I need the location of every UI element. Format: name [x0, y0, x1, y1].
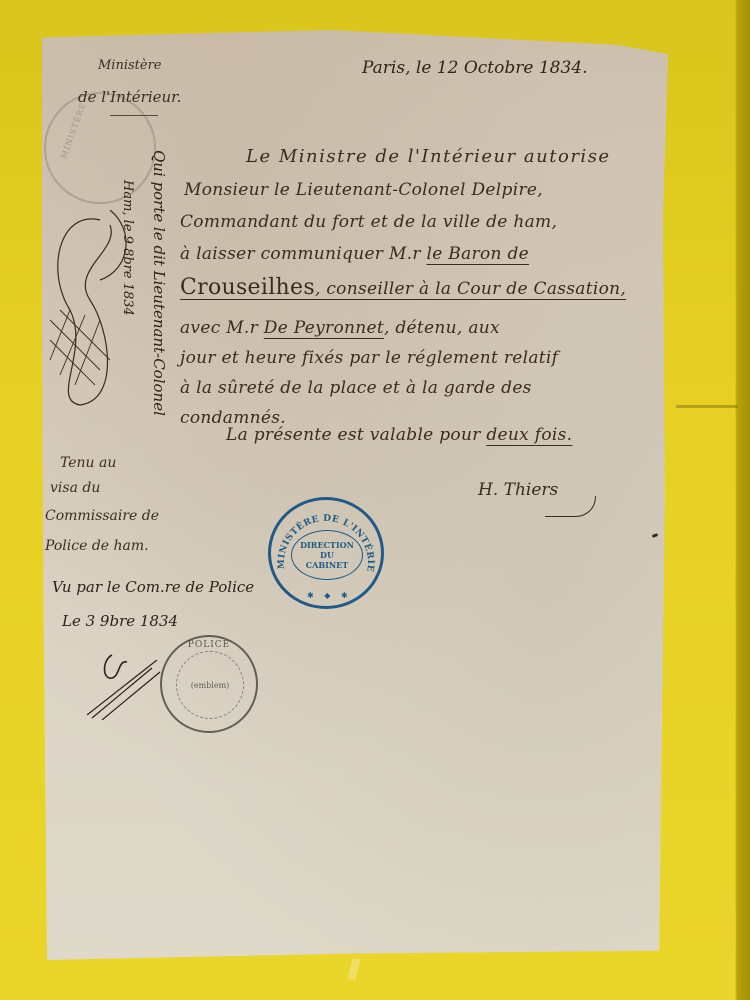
- deux-fois-underlined: deux fois.: [486, 425, 572, 445]
- margin-vertical-date: Ham, le 9 8bre 1834: [120, 180, 135, 316]
- body-line-4-text: à laisser communiquer M.r: [180, 244, 421, 264]
- body-line-5: Crouseilhes, conseiller à la Cour de Cas…: [180, 275, 626, 300]
- police-stamp-emblem: (emblem): [176, 651, 244, 719]
- baron-title-underlined: le Baron de: [427, 244, 530, 264]
- police-stamp-label: POLICE: [162, 640, 256, 650]
- stamp-stars-icon: ✱ ◆ ✱: [307, 591, 352, 600]
- police-signature-icon: [82, 650, 162, 720]
- stamp-center-label: DIRECTION DU CABINET: [291, 530, 363, 580]
- stamp-center-line-2: DU: [320, 550, 334, 560]
- name-peyronnet: De Peyronnet: [264, 318, 384, 338]
- faded-seal-stamp: MINISTÈRE: [44, 92, 156, 204]
- body-line-3: Commandant du fort et de la ville de ham…: [180, 212, 557, 232]
- date-line: Paris, le 12 Octobre 1834.: [362, 58, 588, 78]
- body-line-7: jour et heure fixés par le réglement rel…: [180, 348, 558, 368]
- margin-flourish-icon: [40, 210, 130, 410]
- ministry-cabinet-stamp: MINISTÈRE DE L'INTÉRIEUR DIRECTION DU CA…: [268, 497, 384, 609]
- body-line-6: avec M.r De Peyronnet, détenu, aux: [180, 318, 500, 338]
- header-divider: [110, 115, 158, 116]
- ministry-header-line1: Ministère: [98, 58, 162, 73]
- police-stamp: POLICE (emblem): [160, 635, 258, 733]
- background-crease: [676, 405, 738, 408]
- police-stamp-emblem-text: (emblem): [191, 681, 230, 690]
- margin-note-line-4: Police de ham.: [45, 538, 149, 554]
- margin-note-line-2: visa du: [50, 480, 100, 496]
- body-line-6-rest: , détenu, aux: [384, 318, 500, 338]
- body-line-4: à laisser communiquer M.r le Baron de: [180, 244, 529, 264]
- body-line-10-text: La présente est valable pour: [226, 425, 481, 445]
- body-line-1: Le Ministre de l'Intérieur autorise: [246, 146, 611, 167]
- body-line-2: Monsieur le Lieutenant-Colonel Delpire,: [184, 180, 543, 200]
- body-line-6-text: avec M.r: [180, 318, 258, 338]
- body-line-8: à la sûreté de la place et à la garde de…: [180, 378, 532, 398]
- faded-seal-label: MINISTÈRE: [59, 101, 88, 160]
- body-line-5-text: , conseiller à la Cour de Cassation,: [315, 279, 626, 299]
- ministry-header-line2: de l'Intérieur.: [78, 88, 181, 106]
- body-line-10: La présente est valable pour deux fois.: [226, 425, 572, 445]
- name-crouseilhes: Crouseilhes: [180, 275, 315, 300]
- police-visa-line-2: Le 3 9bre 1834: [62, 612, 178, 630]
- stamp-center-line-3: CABINET: [306, 560, 348, 570]
- margin-note-line-3: Commissaire de: [45, 508, 159, 524]
- margin-note-line-1: Tenu au: [60, 455, 116, 471]
- stamp-center-line-1: DIRECTION: [300, 540, 354, 550]
- police-visa-line-1: Vu par le Com.re de Police: [52, 578, 254, 596]
- margin-vertical-note: Qui porte le dit Lieutenant-Colonel: [150, 150, 168, 416]
